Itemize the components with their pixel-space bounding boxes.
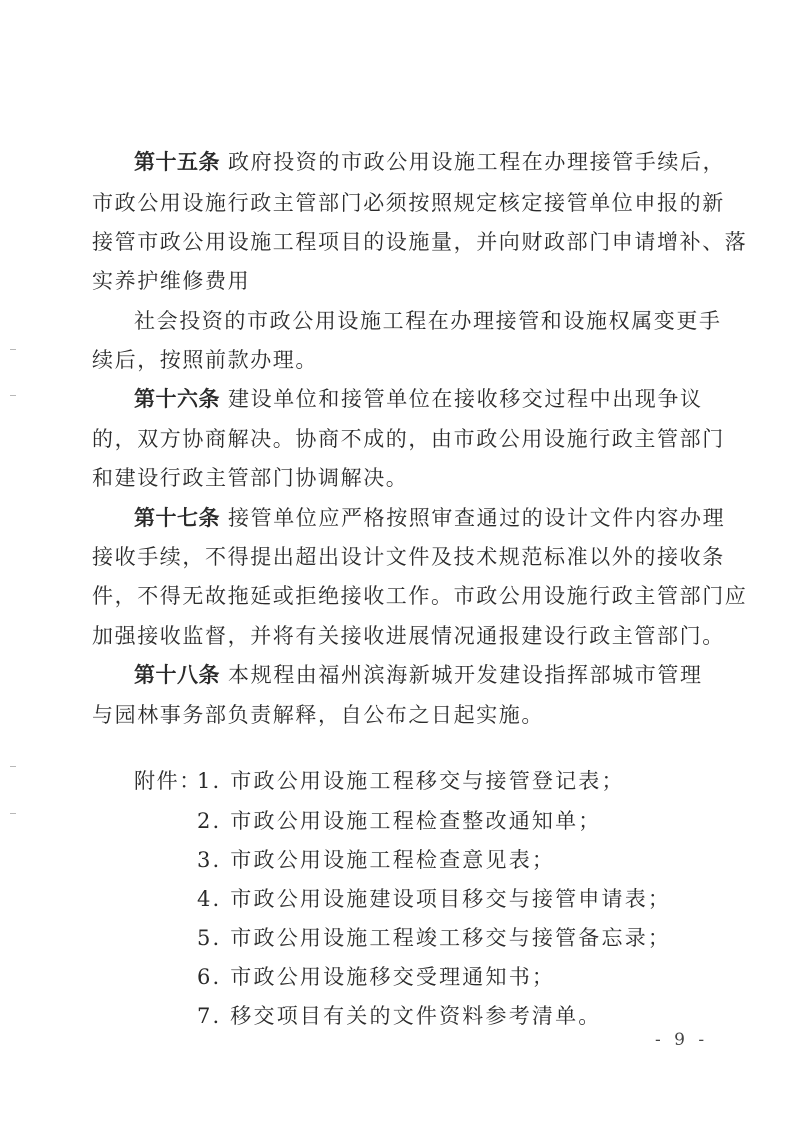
article-17-line-1: 第十七条接管单位应严格按照审查通过的设计文件内容办理 xyxy=(134,505,725,531)
article-15-line-1: 第十五条政府投资的市政公用设施工程在办理接管手续后， xyxy=(134,149,725,175)
article-15-para-2-line-2: 续后，按照前款办理。 xyxy=(92,347,318,373)
attachment-item-1: 1. 市政公用设施工程移交与接管登记表； xyxy=(197,768,625,794)
attachment-item-3: 3. 市政公用设施工程检查意见表； xyxy=(197,847,555,873)
article-17-heading: 第十七条 xyxy=(134,506,220,530)
article-17-line-4: 加强接收监督，并将有关接收进展情况通报建设行政主管部门。 xyxy=(92,623,725,649)
attachment-item-2: 2. 市政公用设施工程检查整改通知单； xyxy=(197,808,602,834)
article-16-line-1: 第十六条建设单位和接管单位在接收移交过程中出现争议 xyxy=(134,386,703,412)
attachment-item-5: 5. 市政公用设施工程竣工移交与接管备忘录； xyxy=(197,925,671,951)
article-18-line-2: 与园林事务部负责解释，自公布之日起实施。 xyxy=(92,702,544,728)
article-16-heading: 第十六条 xyxy=(134,387,220,411)
attachment-item-6: 6. 市政公用设施移交受理通知书； xyxy=(197,964,555,990)
article-17-line-3: 件，不得无故拖延或拒绝接收工作。市政公用设施行政主管部门应 xyxy=(92,583,747,609)
margin-mark xyxy=(10,349,16,350)
article-17-line-2: 接收手续，不得提出超出设计文件及技术规范标准以外的接收条 xyxy=(92,544,725,570)
margin-mark xyxy=(10,395,16,396)
article-15-para-2-line-1: 社会投资的市政公用设施工程在办理接管和设施权属变更手 xyxy=(134,308,722,334)
attachment-item-4: 4. 市政公用设施建设项目移交与接管申请表； xyxy=(197,886,671,912)
article-16-line-2: 的，双方协商解决。协商不成的，由市政公用设施行政主管部门 xyxy=(92,426,725,452)
attachments-label: 附件： xyxy=(134,768,202,794)
margin-mark xyxy=(10,766,16,767)
article-18-line-1: 第十八条本规程由福州滨海新城开发建设指挥部城市管理 xyxy=(134,662,703,688)
attachment-item-7: 7. 移交项目有关的文件资料参考清单。 xyxy=(197,1003,602,1029)
page-number: - 9 - xyxy=(655,1030,708,1050)
article-15-line-2: 市政公用设施行政主管部门必须按照规定核定接管单位申报的新 xyxy=(92,190,725,216)
margin-mark xyxy=(10,813,16,814)
article-18-heading: 第十八条 xyxy=(134,663,220,687)
article-16-line-3: 和建设行政主管部门协调解决。 xyxy=(92,465,408,491)
document-page: 第十五条政府投资的市政公用设施工程在办理接管手续后， 市政公用设施行政主管部门必… xyxy=(0,0,793,1122)
article-15-line-3: 接管市政公用设施工程项目的设施量，并向财政部门申请增补、落 xyxy=(92,229,747,255)
article-15-heading: 第十五条 xyxy=(134,150,220,174)
article-15-line-4: 实养护维修费用 xyxy=(92,268,250,294)
